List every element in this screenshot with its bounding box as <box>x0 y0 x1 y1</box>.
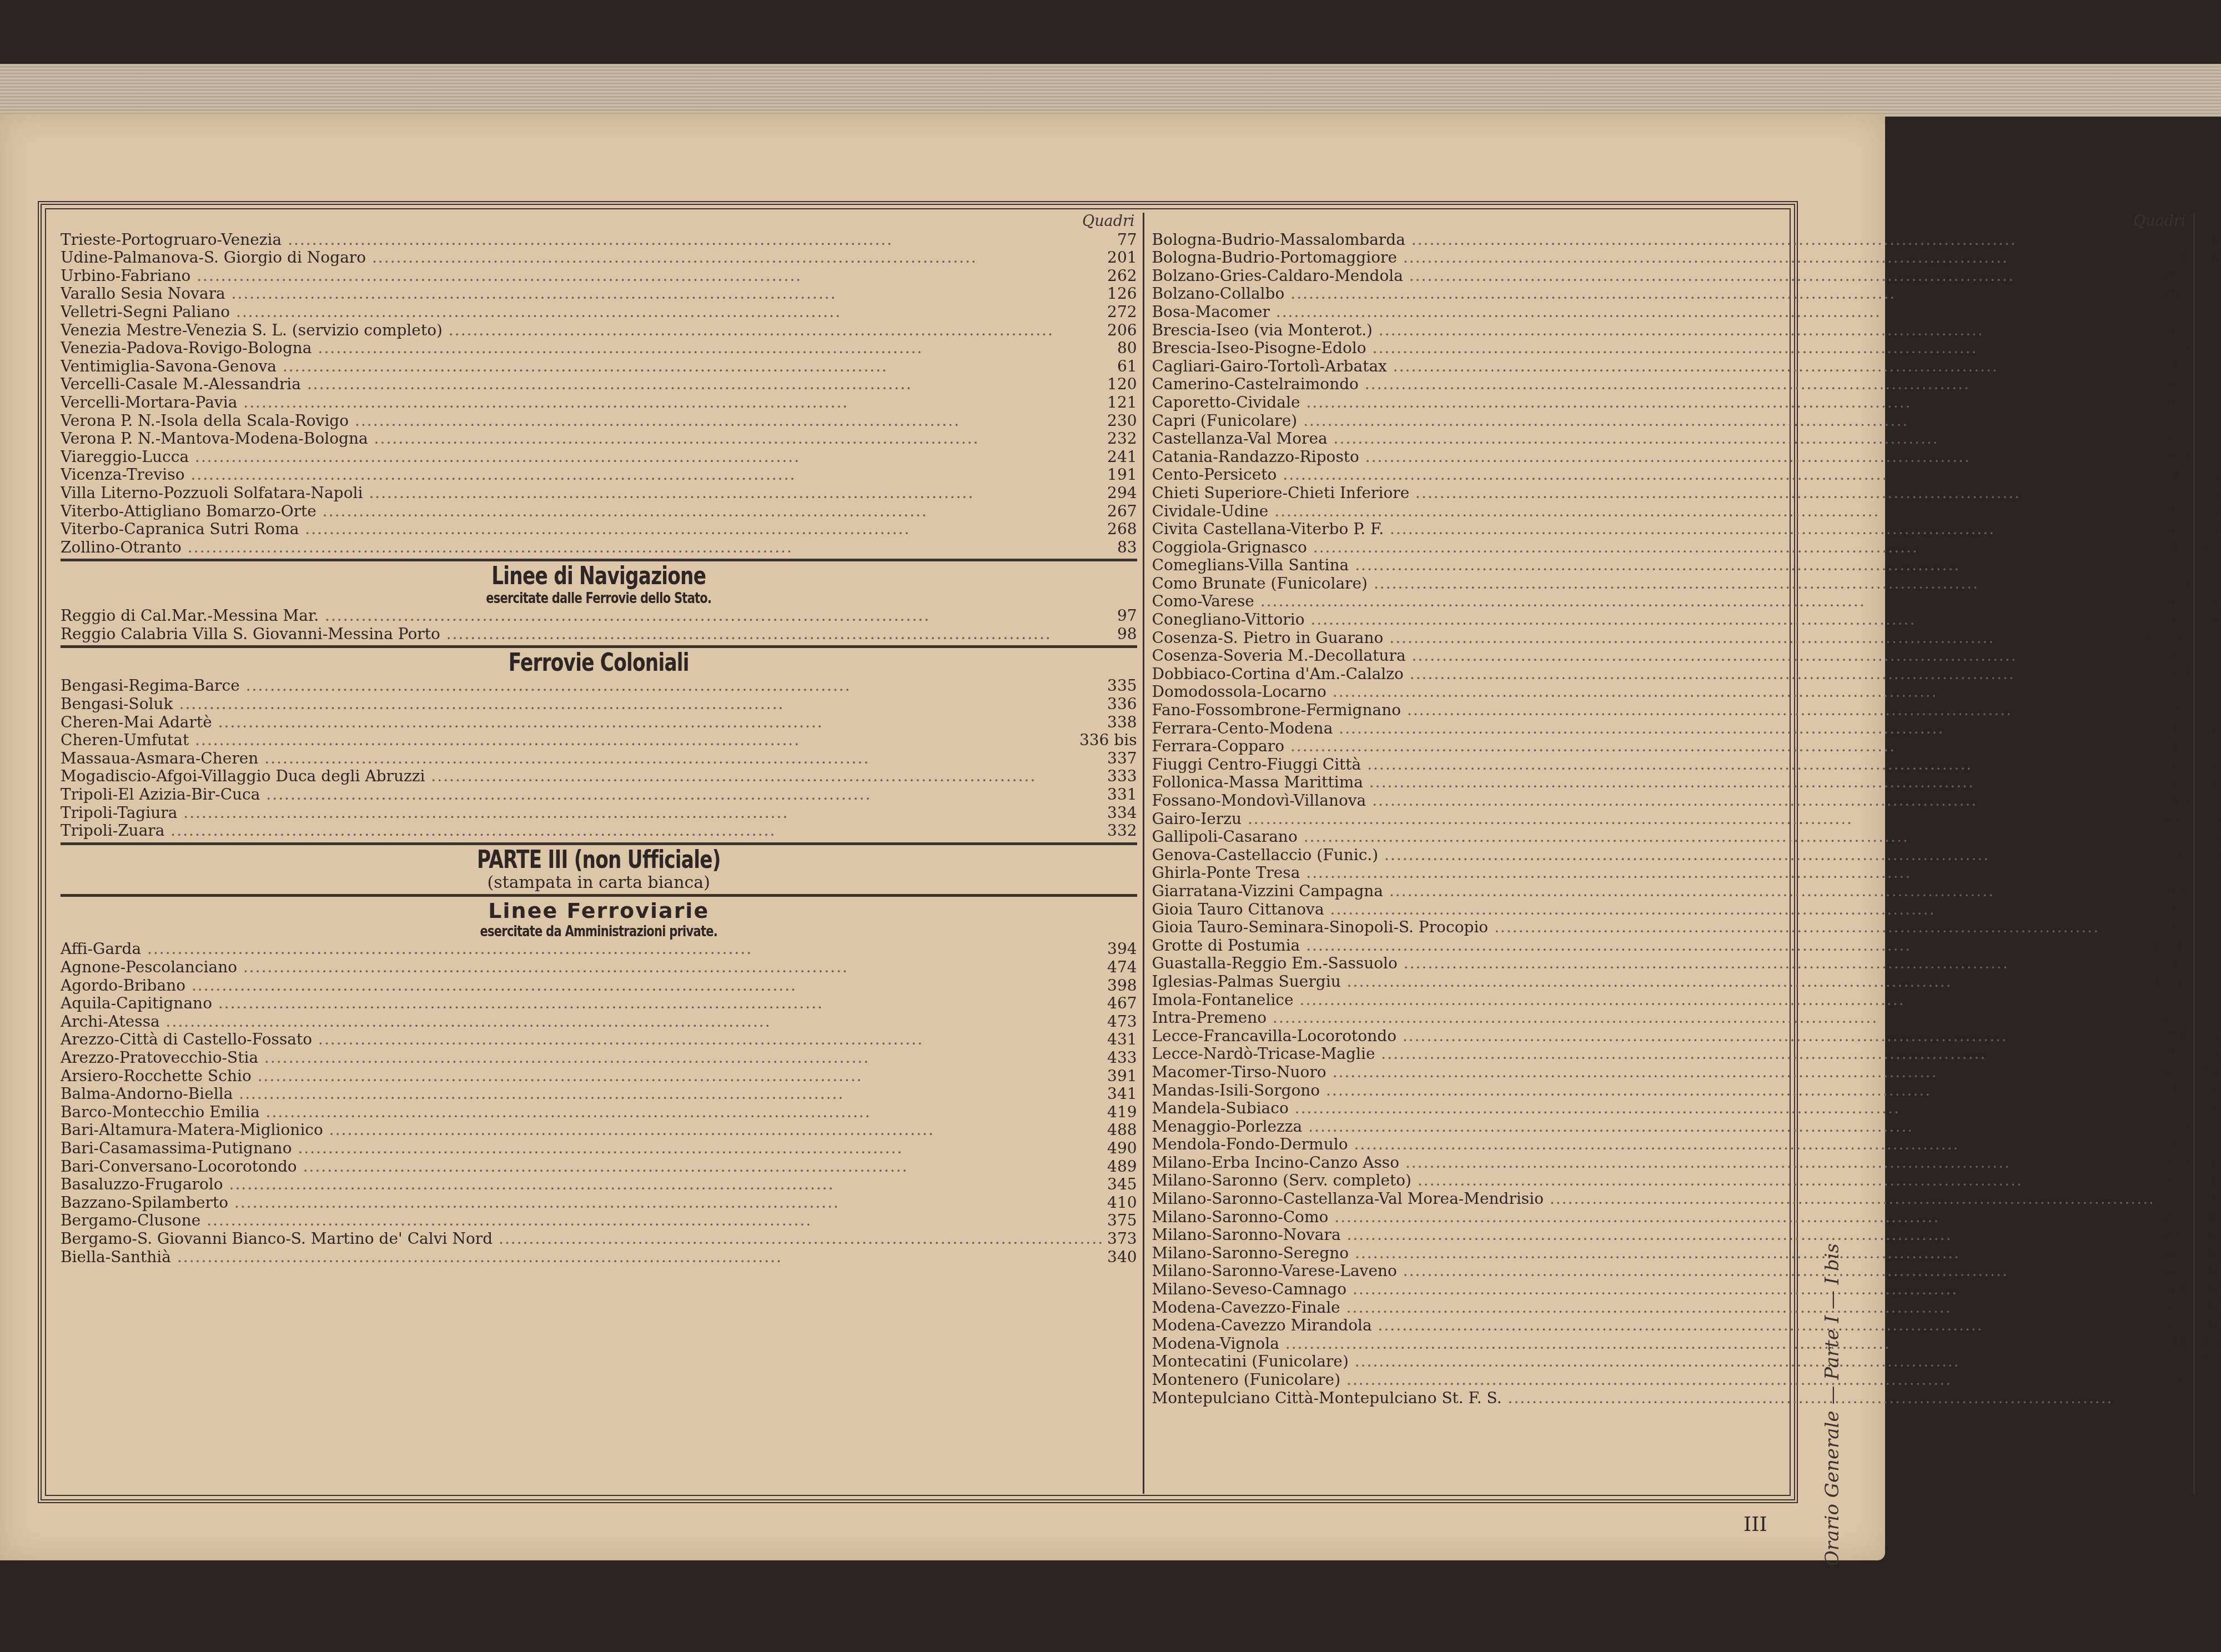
route-name: Gairo-Ierzu <box>1152 810 2155 828</box>
route-name: Modena-Cavezzo Mirandola <box>1152 1317 2155 1335</box>
table-number: 345 <box>1104 1176 1137 1194</box>
index-entry: Reggio Calabria Villa S. Giovanni-Messin… <box>61 625 1137 644</box>
index-entry: Fossano-Mondovì-Villanova346 <box>1152 792 2188 810</box>
route-name: Napoli-Aversa-Capua <box>2203 285 2221 303</box>
index-entry: Dobbiaco-Cortina d'Am.-Calalzo399 <box>1152 665 2188 684</box>
index-entry: Tripoli-Zuara332 <box>61 822 1137 840</box>
index-entry: Reggio di Cal.Mar.-Messina Mar.97 <box>61 607 1137 625</box>
route-name: Vallemosso-Cossato-Biella <box>2203 1353 2221 1371</box>
route-name: Orvieto (Funicolare) <box>2203 520 2221 539</box>
index-entry: Lecce-Nardò-Tricase-Maglie492 <box>1152 1045 2188 1063</box>
route-name: Milano-Saronno-Novara <box>1152 1226 2155 1244</box>
route-name: Rivarolo-Cuorgnè-Pont <box>2203 846 2221 865</box>
route-name: Monti-Tempio <box>2203 231 2221 249</box>
table-number: 399 <box>2155 665 2188 684</box>
table-number: 437 <box>2155 774 2188 792</box>
route-name: Arezzo-Città di Castello-Fossato <box>61 1031 1104 1049</box>
route-name: Torino-Rivarolo-Castellamonte <box>2203 1299 2221 1317</box>
route-name: Ponte Tresa-Luino <box>2203 647 2221 665</box>
index-entry: Modena-Vignola411 <box>1152 1335 2188 1353</box>
table-number: 491 <box>2155 1027 2188 1046</box>
route-name: Bergamo-S. Giovanni Bianco-S. Martino de… <box>61 1230 1104 1248</box>
index-entry: Sassari-Alghero507 <box>2203 1027 2221 1046</box>
table-number: 294 <box>1104 484 1137 503</box>
index-entry: Trieste-Portogruaro-Venezia77 <box>61 231 1137 249</box>
index-entry: Sassuolo-Formigine-Modena407 <box>2203 1045 2221 1063</box>
route-name: Bolzano-Gries-Caldaro-Mendola <box>1152 267 2155 285</box>
index-entry: Novoli-Nardò-Tricase-Maglie492 <box>2203 448 2221 466</box>
table-number: 426 <box>2155 701 2188 720</box>
route-name: Torino-Lanzo-Ceres <box>2203 1262 2221 1281</box>
route-name: Napoli (Via Valle Caudina)-Cancello-Bene… <box>2203 394 2221 412</box>
index-entry: Vercelli-Mortara-Pavia121 <box>61 394 1137 412</box>
index-entry: Gairo-Ierzu506 <box>1152 810 2188 828</box>
table-number: 343 <box>2155 539 2188 557</box>
index-entry: S. Cesareo-Frascati456 <box>2203 937 2221 955</box>
route-name: Napoli-Pompei-Sarno <box>2203 358 2221 376</box>
index-entry: S. Vito Marina-Castel di Sangro471 <box>2203 1009 2221 1027</box>
route-name: Bari-Casamassima-Putignano <box>61 1139 1104 1158</box>
index-entry: Vercelli-Casale M.-Alessandria120 <box>61 375 1137 394</box>
route-name: S. Cesareo-Frascati <box>2203 937 2221 955</box>
route-name: Porto S. Venere-Mileto <box>2203 683 2221 701</box>
table-number: 333 <box>1104 767 1137 786</box>
table-number: 379 <box>2155 1009 2188 1027</box>
index-entry: Camerino-Castelraimondo465 <box>1152 375 2188 394</box>
quadri-column-header: Quadri <box>2203 213 2221 231</box>
index-entry: S. Margherita-Belvedere Lanzo d'Intelvi3… <box>2203 955 2221 973</box>
route-name: Bologna-Budrio-Massalombarda <box>1152 231 2155 249</box>
route-name: Imola-Fontanelice <box>1152 991 2155 1010</box>
route-name: Riolo dei Bagni-Castel Bolognese <box>2203 828 2221 846</box>
index-entry: Bolzano-Gries-Caldaro-Mendola397 <box>1152 267 2188 285</box>
table-number: 80 <box>1114 339 1137 358</box>
table-number: 331 <box>1104 786 1137 804</box>
table-number: 120 <box>1104 375 1137 394</box>
route-name: Tirso-Ozieri-Chilivani <box>2203 1244 2221 1263</box>
route-name: Milano-Saronno-Seregno <box>1152 1244 2155 1263</box>
route-name: Siena-Monte Antico <box>2203 1063 2221 1082</box>
route-name: Montecatini (Funicolare) <box>1152 1353 2155 1371</box>
section-subheading: esercitate dalle Ferrovie dello Stato. <box>179 590 1018 607</box>
route-name: Vercelli-Mortara-Pavia <box>61 394 1104 412</box>
index-column-2: QuadriBologna-Budrio-Massalombarda422Bol… <box>1144 213 2195 1494</box>
route-name: Villa Literno-Pozzuoli Solfatara-Napoli <box>61 484 1104 503</box>
table-number: 98 <box>1114 625 1137 644</box>
table-number: 361 <box>2155 1281 2188 1299</box>
table-number: 494 <box>2155 918 2188 937</box>
table-number: 336 bis <box>1076 731 1137 750</box>
route-name: Novara-Saronno-Milano <box>2203 412 2221 430</box>
route-name: Ostellato-Porto Garibaldi <box>2203 539 2221 557</box>
table-number: 359 <box>2155 1118 2188 1136</box>
route-name: Brescia-Iseo (via Monterot.) <box>1152 322 2155 340</box>
index-entry: Fiuggi Centro-Fiuggi Città455 <box>1152 756 2188 774</box>
route-name: Bari-Altamura-Matera-Miglionico <box>61 1121 1104 1139</box>
route-name: Milano-Seveso-Camnago <box>1152 1281 2155 1299</box>
route-name: Montenero (Funicolare) <box>1152 1371 2127 1389</box>
route-name: Menaggio-Porlezza <box>1152 1118 2155 1136</box>
index-entry: Agordo-Bribano398 <box>61 977 1137 995</box>
index-entry: Cento-Persiceto416 <box>1152 466 2188 484</box>
index-entry: Zollino-Otranto83 <box>61 539 1137 557</box>
index-entry: Bengasi-Regima-Barce335 <box>61 677 1137 695</box>
table-number: 495 bis <box>2127 629 2188 647</box>
index-entry: Spoleto-Norcia439 <box>2203 1172 2221 1190</box>
route-name: Barco-Montecchio Emilia <box>61 1103 1104 1122</box>
index-entry: Tirano-Sondrio383 <box>2203 1226 2221 1244</box>
index-entry: Montenero (Funicolare)432 bis <box>1152 1371 2188 1389</box>
route-name: Mandela-Subiaco <box>1152 1099 2155 1118</box>
route-name: Venezia-Padova-Rovigo-Bologna <box>61 339 1114 358</box>
index-entry: Milano-Saronno-Como364 <box>1152 1208 2188 1227</box>
table-number: 431 <box>1104 1031 1137 1049</box>
table-number: 230 <box>1104 412 1137 430</box>
section-subheading: (stampata in carta bianca) <box>61 874 1137 892</box>
route-name: Vicenza-Treviso <box>61 466 1104 484</box>
index-entry: Montepulciano Città-Montepulciano St. F.… <box>1152 1389 2188 1408</box>
table-number: 492 <box>2155 1045 2188 1063</box>
route-name: Rezzato-Vobarno <box>2203 792 2221 810</box>
index-entry: Massaua-Asmara-Cheren337 <box>61 750 1137 768</box>
index-entry: Ventimiglia-Savona-Genova61 <box>61 358 1137 376</box>
route-name: Ghirla-Ponte Tresa <box>1152 864 2155 882</box>
index-entry: Caporetto-Cividale405 <box>1152 394 2188 412</box>
route-name: Cento-Persiceto <box>1152 466 2155 484</box>
index-entry: Milano-Saronno-Varese-Laveno367 <box>1152 1262 2188 1281</box>
route-name: Bolzano-Collalbo <box>1152 285 2155 303</box>
route-name: Milano-Saronno (Serv. completo) <box>1152 1172 2155 1190</box>
route-name: Cosenza-S. Pietro in Guarano <box>1152 629 2127 647</box>
route-name: Potenza Inferiore-Pignola <box>2203 701 2221 720</box>
route-name: Montepulciano Città-Montepulciano St. F.… <box>1152 1389 2155 1408</box>
index-entry: Affi-Garda394 <box>61 940 1137 958</box>
route-name: Tripoli-El Azizia-Bir-Cuca <box>61 786 1104 804</box>
index-entry: Cheren-Umfutat336 bis <box>61 731 1137 750</box>
table-number: 372 <box>2155 683 2188 701</box>
route-name: Camerino-Castelraimondo <box>1152 375 2155 394</box>
index-entry: Porto S. Venere-Mileto497 <box>2203 683 2221 701</box>
route-name: Bergamo-Clusone <box>61 1212 1104 1230</box>
index-column-3: QuadriMonti-Tempio514Monza-Molteno-Oggio… <box>2195 213 2221 1494</box>
table-number: 61 <box>1114 358 1137 376</box>
route-name: Perugia S. Anna-Perugia Scalo Ponte S. G… <box>2203 592 2221 611</box>
index-entry: Verona P. N.-Mantova-Modena-Bologna232 <box>61 430 1137 448</box>
table-number: 455 <box>2155 756 2188 774</box>
table-number: 511 bis <box>2127 973 2188 991</box>
index-entry: Suzzara-Sermide-Ferrara414 <box>2203 1190 2221 1208</box>
index-entry: Gioia Tauro-Seminara-Sinopoli-S. Procopi… <box>1152 918 2188 937</box>
index-entry: Lecce-Francavilla-Locorotondo491 <box>1152 1027 2188 1046</box>
table-number: 391 <box>1104 1067 1137 1086</box>
route-name: S. Pellegrino Vetta (Funicolare) <box>2203 973 2221 991</box>
index-entry: Bergamo-Clusone375 <box>61 1212 1137 1230</box>
route-name: Macomer-Tirso-Nuoro <box>1152 1063 2155 1082</box>
index-entry: Modena-Cavezzo Mirandola408 <box>1152 1317 2188 1335</box>
route-name: Basaluzzo-Frugarolo <box>61 1176 1104 1194</box>
route-name: Mendola-Fondo-Dermulo <box>1152 1136 2155 1154</box>
table-number: 272 <box>1104 303 1137 322</box>
route-name: Ventimiglia-Savona-Genova <box>61 358 1114 376</box>
table-number: 485 <box>2155 412 2188 430</box>
table-number: 474 <box>1104 958 1137 977</box>
index-entry: Bari-Casamassima-Putignano490 <box>61 1139 1137 1158</box>
route-name: Castellanza-Val Morea <box>1152 430 2155 448</box>
table-number: 428 <box>2155 991 2188 1010</box>
index-entry: Bolzano-Collalbo396 <box>1152 285 2188 303</box>
index-entry: Riolo dei Bagni-Castel Bolognese424 <box>2203 828 2221 846</box>
route-name: Rovato-Iseo <box>2203 901 2221 919</box>
route-name: Soncino-Soresina Cremona <box>2203 1118 2221 1136</box>
index-entry: Siena-Monte Antico440 <box>2203 1063 2221 1082</box>
route-name: Pracchia-S. Marcello Pistoiese-Mammiano <box>2203 720 2221 738</box>
table-number: 512 <box>2155 358 2188 376</box>
route-name: Bazzano-Spilamberto <box>61 1194 1104 1212</box>
index-entry: Conegliano-Vittorio392 <box>1152 611 2188 629</box>
table-number: 508 <box>2155 303 2188 322</box>
table-number: 501 <box>2155 882 2188 901</box>
route-name: Rovereto-Mori-Arco-Riva <box>2203 918 2221 937</box>
table-number: 334 <box>1104 804 1137 822</box>
index-entry: Napoli-Pozzuoli-Torregaveta481 <box>2203 375 2221 394</box>
index-entry: Tripoli-Tagiura334 <box>61 804 1137 822</box>
index-entry: Como-Varese365 <box>1152 592 2188 611</box>
index-entry: Parma-Guastalla-Suzzara420 <box>2203 575 2221 593</box>
route-name: Giarratana-Vizzini Campagna <box>1152 882 2155 901</box>
index-entry: Roma-Marina di Ostia458 <box>2203 882 2221 901</box>
route-name: Viareggio-Lucca <box>61 448 1104 466</box>
index-entry: Montecatini (Funicolare)432 <box>1152 1353 2188 1371</box>
route-name: Napoli-Nola-Baiano <box>2203 322 2221 340</box>
route-name: Napoli-Aversa-Piedimonte Alife <box>2203 267 2221 285</box>
table-number: 362 <box>2155 1172 2188 1190</box>
table-number: 336 <box>1104 695 1137 714</box>
route-name: Balma-Andorno-Biella <box>61 1085 1104 1103</box>
table-number: 373 <box>1104 1230 1137 1248</box>
route-name: S. Spirito-Bitonto <box>2203 991 2221 1010</box>
index-entry: Cosenza-S. Pietro in Guarano495 bis <box>1152 629 2188 647</box>
index-entry: Civita Castellana-Viterbo P. F.464 <box>1152 520 2188 539</box>
index-entry: Guastalla-Reggio Em.-Sassuolo412 <box>1152 955 2188 973</box>
index-entry: Ora-Cavalese-Predazzo389 <box>2203 466 2221 484</box>
index-entry: Mandas-Isili-Sorgono513 <box>1152 1082 2188 1100</box>
index-entry: Napoli-Aversa-Capua477 <box>2203 285 2221 303</box>
route-name: Viterbo-Attigliano Bomarzo-Orte <box>61 503 1104 521</box>
index-entry: Tirso-Ozieri-Chilivani510 <box>2203 1244 2221 1263</box>
route-name: Verona P. N.-Mantova-Modena-Bologna <box>61 430 1104 448</box>
route-name: Roma-Fiuggi-Frosinone <box>2203 864 2221 882</box>
route-name: Grotte di Postumia <box>1152 937 2127 955</box>
route-name: Cheren-Mai Adartè <box>61 714 1104 732</box>
route-name: Velletri-Segni Paliano <box>61 303 1104 322</box>
table-number: 241 <box>1104 448 1137 466</box>
route-name: Tripoli-Zuara <box>61 822 1104 840</box>
index-entry: Napoli-Nola-Baiano484 <box>2203 322 2221 340</box>
index-entry: Siliqua-Palmas Suergiu-Calasetta511 <box>2203 1082 2221 1100</box>
route-name: Bosa-Macomer <box>1152 303 2155 322</box>
route-name: S. Vito Marina-Castel di Sangro <box>2203 1009 2221 1027</box>
table-number: 411 <box>2155 1335 2188 1353</box>
route-name: Tirano-Sondrio <box>2203 1226 2221 1244</box>
index-entry: Grotte di Postumia404 bis <box>1152 937 2188 955</box>
index-entry: Tortona-Castelnuovo Scrivia348 <box>2203 1317 2221 1335</box>
route-name: Milano-Erba Incino-Canzo Asso <box>1152 1154 2155 1172</box>
table-number: 410 <box>1104 1194 1137 1212</box>
section-subheading: esercitate da Amministrazioni private. <box>179 923 1018 940</box>
table-number: 363 <box>2155 1244 2188 1263</box>
route-name: Agordo-Bribano <box>61 977 1104 995</box>
route-name: Caporetto-Cividale <box>1152 394 2155 412</box>
index-entry: Urbino-Fabriano262 <box>61 267 1137 285</box>
table-number: 404 <box>2155 556 2188 575</box>
table-number: 407 bis <box>2127 846 2188 865</box>
table-number: 77 <box>1114 231 1137 249</box>
route-name: Gioia Tauro-Seminara-Sinopoli-S. Procopi… <box>1152 918 2155 937</box>
table-number: 392 <box>2155 611 2188 629</box>
route-name: Brescia-Iseo-Pisogne-Edolo <box>1152 339 2155 358</box>
index-entry: Siracusa-Sortino Fusco-Ragusa499 <box>2203 1099 2221 1118</box>
index-entry: Milano-Saronno-Seregno363 <box>1152 1244 2188 1263</box>
index-entry: Viareggio-Lucca241 <box>61 448 1137 466</box>
index-entry: Rimini-Mercatino Marecchia427 <box>2203 810 2221 828</box>
table-number: 369 <box>2155 322 2188 340</box>
route-name: Mogadiscio-Afgoi-Villaggio Duca degli Ab… <box>61 767 1104 786</box>
table-number: 459 <box>2155 1099 2188 1118</box>
table-number: 432 bis <box>2127 1371 2188 1389</box>
table-number: 121 <box>1104 394 1137 412</box>
index-entry: Cividale-Udine403 <box>1152 503 2188 521</box>
route-name: Reggio Emilia-Ciano d'Enza <box>2203 774 2221 792</box>
index-entry: Ortona Mar.-Crocetta-Lanciano472 <box>2203 503 2221 521</box>
route-name: Comeglians-Villa Santina <box>1152 556 2155 575</box>
index-entry: Coggiola-Grignasco343 <box>1152 539 2188 557</box>
index-entry: Bari-Conversano-Locorotondo489 <box>61 1158 1137 1176</box>
route-name: Reggio Emilia-Boretto <box>2203 737 2221 756</box>
index-entry: Bergamo-S. Giovanni Bianco-S. Martino de… <box>61 1230 1137 1248</box>
quadri-column-header: Quadri <box>1152 213 2186 231</box>
route-name: Rimini-Mercatino Marecchia <box>2203 810 2221 828</box>
index-entry: Potenza Inferiore-Pignola493 <box>2203 701 2221 720</box>
table-number: 268 <box>1104 520 1137 539</box>
index-entry: Rovato-Iseo371 <box>2203 901 2221 919</box>
table-number: 368 <box>2155 430 2188 448</box>
index-entry: Piove-Adria402 <box>2203 611 2221 629</box>
section-heading: Linee di Navigazione <box>179 563 1018 590</box>
index-entry: Vicenza-Treviso191 <box>61 466 1137 484</box>
section-divider <box>61 645 1137 648</box>
index-entry: Mandela-Subiaco459 <box>1152 1099 2188 1118</box>
index-entry: Perugia S. Anna-Perugia Scalo Ponte S. G… <box>2203 592 2221 611</box>
index-entry: S. Pellegrino Vetta (Funicolare)368 <box>2203 973 2221 991</box>
index-entry: Brescia-Iseo (via Monterot.)369 <box>1152 322 2188 340</box>
table-number: 415 <box>2155 720 2188 738</box>
route-name: Cheren-Umfutat <box>61 731 1076 750</box>
route-name: Bari-Conversano-Locorotondo <box>61 1158 1104 1176</box>
route-name: Archi-Atessa <box>61 1013 1104 1031</box>
route-name: Varallo Sesia Novara <box>61 285 1104 303</box>
route-name: Siracusa-Sortino Fusco-Ragusa <box>2203 1099 2221 1118</box>
route-name: Massaua-Asmara-Cheren <box>61 750 1104 768</box>
index-entry: Orvieto (Funicolare)429 <box>2203 520 2221 539</box>
route-name: Siliqua-Palmas Suergiu-Calasetta <box>2203 1082 2221 1100</box>
route-name: Dobbiaco-Cortina d'Am.-Calalzo <box>1152 665 2155 684</box>
table-number: 417 <box>2155 737 2188 756</box>
route-name: Genova-Castellaccio (Funic.) <box>1152 846 2127 865</box>
index-entry: Arezzo-Città di Castello-Fossato431 <box>61 1031 1137 1049</box>
route-name: Capri (Funicolare) <box>1152 412 2155 430</box>
route-name: Bengasi-Regima-Barce <box>61 677 1104 695</box>
index-entry: Rezzato-Vobarno382 <box>2203 792 2221 810</box>
index-entry: Catania-Randazzo-Riposto500 <box>1152 448 2188 466</box>
index-entry: Biella-Santhià340 <box>61 1248 1137 1267</box>
route-name: Viterbo-Capranica Sutri Roma <box>61 520 1104 539</box>
index-entry: Bari-Altamura-Matera-Miglionico488 <box>61 1121 1137 1139</box>
route-name: Iglesias-Palmas Suergiu <box>1152 973 2127 991</box>
route-name: Sassuolo-Formigine-Modena <box>2203 1045 2221 1063</box>
index-entry: Cosenza-Soveria M.-Decollatura495 <box>1152 647 2188 665</box>
table-number: 232 <box>1104 430 1137 448</box>
index-entry: Milano-Saronno-Castellanza-Val Morea-Men… <box>1152 1190 2188 1208</box>
route-name: Soverato-Chiaravalle Centr. <box>2203 1136 2221 1154</box>
route-name: Milano-Saronno-Como <box>1152 1208 2155 1227</box>
table-number: 403 <box>2155 503 2188 521</box>
section-heading: PARTE III (non Ufficiale) <box>179 846 1018 874</box>
index-entry: Ponte Tresa-Luino378 <box>2203 647 2221 665</box>
route-name: Domodossola-Locarno <box>1152 683 2155 701</box>
section-divider <box>61 894 1137 897</box>
route-name: Lecce-Francavilla-Locorotondo <box>1152 1027 2155 1046</box>
route-name: Ora-Cavalese-Predazzo <box>2203 466 2221 484</box>
route-name: Venezia Mestre-Venezia S. L. (servizio c… <box>61 322 1104 340</box>
route-name: Gioia Tauro Cittanova <box>1152 901 2155 919</box>
table-number: 506 <box>2155 810 2188 828</box>
index-entry: Torino-Lanzo-Ceres349 <box>2203 1262 2221 1281</box>
route-name: Padova-Piazzola-Carmignano <box>2203 556 2221 575</box>
table-number: 464 <box>2155 520 2188 539</box>
index-entry: Venezia Mestre-Venezia S. L. (servizio c… <box>61 322 1137 340</box>
index-entry: Gallipoli-Casarano487 <box>1152 828 2188 846</box>
index-entry: Soverato-Chiaravalle Centr.486 <box>2203 1136 2221 1154</box>
route-name: Follonica-Massa Marittima <box>1152 774 2155 792</box>
table-number: 425 <box>2155 1389 2188 1408</box>
index-entry: Macomer-Tirso-Nuoro509 <box>1152 1063 2188 1082</box>
index-entry: Bologna-Budrio-Massalombarda422 <box>1152 231 2188 249</box>
route-name: Mandas-Isili-Sorgono <box>1152 1082 2155 1100</box>
route-name: Modena-Vignola <box>1152 1335 2155 1353</box>
route-name: Novoli-Nardò-Tricase-Maglie <box>2203 448 2221 466</box>
index-entry: Novi-Basaluzzo-Frugarolo345 <box>2203 430 2221 448</box>
table-number: 416 <box>2155 466 2188 484</box>
index-entry: Ostellato-Porto Garibaldi423 <box>2203 539 2221 557</box>
route-name: Thiene-Rocchette-Asiago <box>2203 1208 2221 1227</box>
table-number: 340 <box>1104 1248 1137 1267</box>
index-entry: Viterbo-Attigliano Bomarzo-Orte267 <box>61 503 1137 521</box>
route-name: Intra-Premeno <box>1152 1009 2155 1027</box>
route-name: Arsiero-Rocchette Schio <box>61 1067 1104 1086</box>
route-name: Urbino-Fabriano <box>61 267 1104 285</box>
table-number: 495 <box>2155 647 2188 665</box>
route-name: Bengasi-Soluk <box>61 695 1104 714</box>
table-number: 489 <box>1104 1158 1137 1176</box>
table-number: 408 <box>2155 1317 2188 1335</box>
route-name: Coggiola-Grignasco <box>1152 539 2155 557</box>
table-number: 487 <box>2155 828 2188 846</box>
index-entry: Villa Literno-Pozzuoli Solfatara-Napoli2… <box>61 484 1137 503</box>
table-number: 358 <box>2155 1190 2188 1208</box>
route-name: Modena-Cavezzo-Finale <box>1152 1299 2155 1317</box>
page-number: III <box>1743 1513 1767 1536</box>
route-name: Novi-Basaluzzo-Frugarolo <box>2203 430 2221 448</box>
